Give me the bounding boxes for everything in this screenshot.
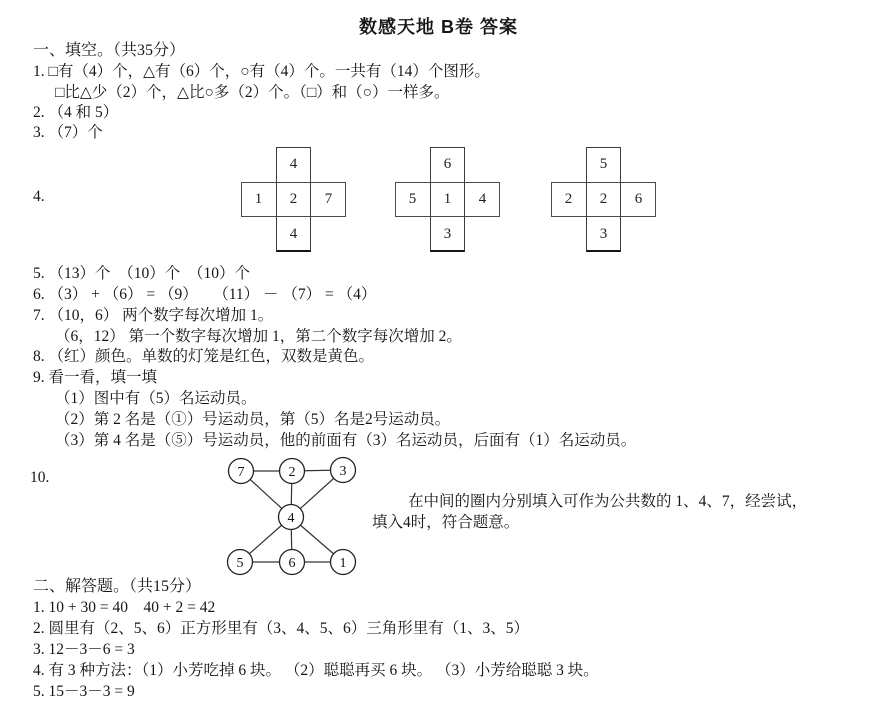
cross-cell-right: 6 — [621, 182, 656, 217]
cross-cell-right: 7 — [311, 182, 346, 217]
network-node-label: 7 — [238, 465, 245, 480]
answer-q9-sub2: （2）第 2 名是（①）号运动员，第（5）名是2号运动员。 — [55, 411, 450, 429]
page-title: 数感天地 B卷 答案 — [0, 13, 877, 39]
network-node-label: 1 — [340, 556, 347, 571]
cross-cell-center: 2 — [276, 182, 311, 217]
cross-cell-top: 6 — [430, 147, 465, 182]
answer-a5: 5. 15－3－3 = 9 — [33, 683, 135, 701]
common-number-network-diagram: 7 2 3 4 5 6 1 — [214, 444, 374, 584]
cross-cell-right: 4 — [465, 182, 500, 217]
cross-cell-left: 1 — [241, 182, 276, 217]
answer-q5: 5. （13）个 （10）个 （10）个 — [33, 265, 250, 283]
answer-q9-sub1: （1）图中有（5）名运动员。 — [55, 390, 257, 408]
network-node-label: 2 — [289, 465, 296, 480]
answer-q4-label: 4. — [33, 188, 45, 206]
cross-cell-bottom: 3 — [430, 217, 465, 252]
worksheet-page: 数感天地 B卷 答案 一、填空。（共35分） 1. □有（4）个，△有（6）个，… — [0, 0, 877, 710]
answer-q1-line1: 1. □有（4）个，△有（6）个，○有（4）个。一共有（14）个图形。 — [33, 63, 490, 81]
network-node-label: 4 — [288, 511, 295, 526]
q10-note-line1: 在中间的圈内分别填入可作为公共数的 1、4、7，经尝试， — [408, 493, 807, 511]
answer-q2: 2. （4 和 5） — [33, 104, 118, 122]
answer-a2: 2. 圆里有（2、5、6）正方形里有（3、4、5、6）三角形里有（1、3、5） — [33, 620, 529, 638]
cross-cell-left: 2 — [551, 182, 586, 217]
answer-q10-label: 10. — [30, 469, 49, 487]
answer-q9: 9. 看一看，填一填 — [33, 369, 157, 387]
number-cross-diagram-3: 5 2 2 6 3 — [551, 147, 656, 252]
cross-cell-top: 5 — [586, 147, 621, 182]
answer-q1-line2: □比△少（2）个，△比○多（2）个。（□）和（○）一样多。 — [55, 84, 450, 102]
number-cross-diagram-1: 4 1 2 7 4 — [241, 147, 346, 252]
network-node-label: 3 — [340, 464, 347, 479]
section2-header: 二、解答题。（共15分） — [33, 578, 201, 596]
cross-cell-center: 1 — [430, 182, 465, 217]
section1-header: 一、填空。（共35分） — [33, 42, 185, 60]
answer-q3: 3. （7）个 — [33, 124, 103, 142]
cross-cell-left: 5 — [395, 182, 430, 217]
number-cross-diagram-2: 6 5 1 4 3 — [395, 147, 500, 252]
answer-a3: 3. 12－3－6 = 3 — [33, 641, 135, 659]
network-node-label: 5 — [237, 556, 244, 571]
answer-q7-line2: （6，12） 第一个数字每次增加 1，第二个数字每次增加 2。 — [55, 328, 462, 346]
answer-a4: 4. 有 3 种方法：（1）小芳吃掉 6 块。 （2）聪聪再买 6 块。 （3）… — [33, 662, 599, 680]
answer-a1: 1. 10 + 30 = 40 40 + 2 = 42 — [33, 599, 215, 617]
cross-cell-top: 4 — [276, 147, 311, 182]
network-node-label: 6 — [289, 556, 296, 571]
cross-cell-center: 2 — [586, 182, 621, 217]
q10-note-line2: 填入4时，符合题意。 — [372, 514, 519, 532]
cross-cell-bottom: 3 — [586, 217, 621, 252]
answer-q8: 8. （红）颜色。单数的灯笼是红色，双数是黄色。 — [33, 348, 374, 366]
cross-cell-bottom: 4 — [276, 217, 311, 252]
answer-q6: 6. （3） + （6） = （9） （11） － （7） = （4） — [33, 286, 376, 304]
answer-q7-line1: 7. （10，6） 两个数字每次增加 1。 — [33, 307, 273, 325]
